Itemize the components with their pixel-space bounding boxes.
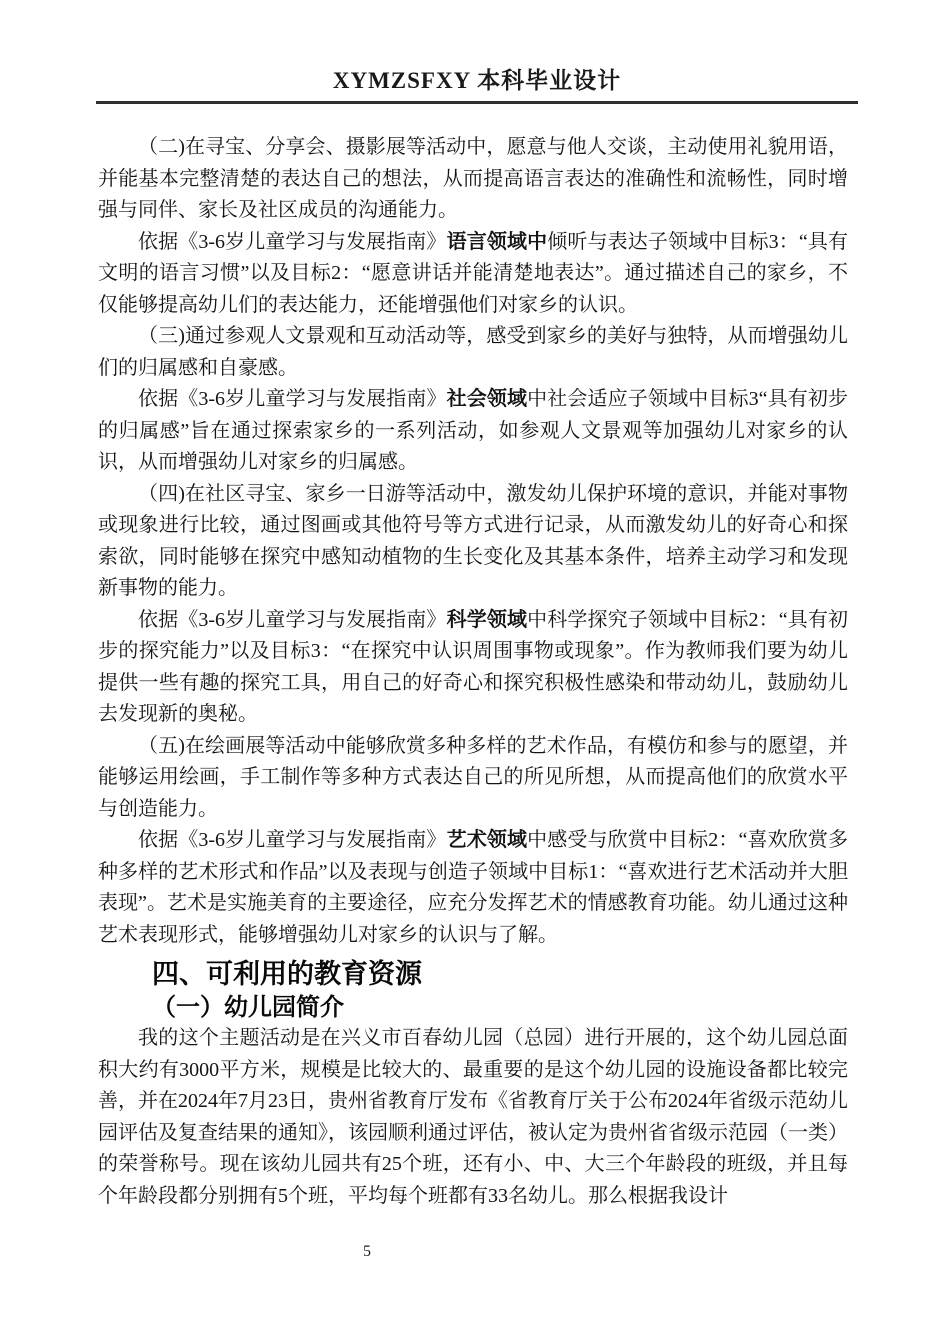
paragraph: 依据《3-6岁儿童学习与发展指南》艺术领域中感受与欣赏中目标2：“喜欢欣赏多种多… xyxy=(98,825,848,951)
subsection-heading: （一）幼儿园简介 xyxy=(152,993,848,1023)
bold-text-run: 语言领域中 xyxy=(447,231,548,253)
paragraph: （三)通过参观人文景观和互动活动等，感受到家乡的美好与独特，从而增强幼儿们的归属… xyxy=(98,321,848,384)
document-body: （二)在寻宝、分享会、摄影展等活动中，愿意与他人交谈，主动使用礼貌用语，并能基本… xyxy=(98,132,848,1212)
text-run: （五)在绘画展等活动中能够欣赏多种多样的艺术作品，有模仿和参与的愿望，并能够运用… xyxy=(98,735,848,820)
bold-text-run: 社会领域 xyxy=(447,388,528,410)
bold-text-run: （一）幼儿园简介 xyxy=(152,994,344,1021)
bold-text-run: 四、可利用的教育资源 xyxy=(152,959,422,989)
paragraph: 依据《3-6岁儿童学习与发展指南》语言领域中倾听与表达子领域中目标3：“具有文明… xyxy=(98,227,848,322)
text-run: 我的这个主题活动是在兴义市百春幼儿园（总园）进行开展的，这个幼儿园总面积大约有3… xyxy=(98,1027,848,1207)
page-footer: 5 xyxy=(352,1243,382,1261)
text-run: 依据《3-6岁儿童学习与发展指南》 xyxy=(138,609,447,631)
paragraph: （五)在绘画展等活动中能够欣赏多种多样的艺术作品，有模仿和参与的愿望，并能够运用… xyxy=(98,731,848,826)
header-title: XYMZSFXY 本科毕业设计 xyxy=(333,68,621,93)
text-run: （四)在社区寻宝、家乡一日游等活动中，激发幼儿保护环境的意识，并能对事物或现象进… xyxy=(98,483,848,600)
header-rule-divider xyxy=(96,101,858,104)
document-page: XYMZSFXY 本科毕业设计 （二)在寻宝、分享会、摄影展等活动中，愿意与他人… xyxy=(0,0,950,1344)
bold-text-run: 科学领域 xyxy=(447,609,528,631)
paragraph: 我的这个主题活动是在兴义市百春幼儿园（总园）进行开展的，这个幼儿园总面积大约有3… xyxy=(98,1023,848,1212)
paragraph: （二)在寻宝、分享会、摄影展等活动中，愿意与他人交谈，主动使用礼貌用语，并能基本… xyxy=(98,132,848,227)
text-run: 依据《3-6岁儿童学习与发展指南》 xyxy=(138,388,447,410)
paragraph: 依据《3-6岁儿童学习与发展指南》社会领域中社会适应子领域中目标3“具有初步的归… xyxy=(98,384,848,479)
text-run: 依据《3-6岁儿童学习与发展指南》 xyxy=(138,829,447,851)
paragraph: 依据《3-6岁儿童学习与发展指南》科学领域中科学探究子领域中目标2：“具有初步的… xyxy=(98,605,848,731)
text-run: 依据《3-6岁儿童学习与发展指南》 xyxy=(138,231,447,253)
text-run: （三)通过参观人文景观和互动活动等，感受到家乡的美好与独特，从而增强幼儿们的归属… xyxy=(98,325,848,379)
text-run: （二)在寻宝、分享会、摄影展等活动中，愿意与他人交谈，主动使用礼貌用语，并能基本… xyxy=(98,136,848,221)
section-heading: 四、可利用的教育资源 xyxy=(152,958,848,991)
bold-text-run: 艺术领域 xyxy=(447,829,528,851)
paragraph: （四)在社区寻宝、家乡一日游等活动中，激发幼儿保护环境的意识，并能对事物或现象进… xyxy=(98,479,848,605)
page-header: XYMZSFXY 本科毕业设计 xyxy=(96,66,858,96)
page-number: 5 xyxy=(363,1243,371,1260)
